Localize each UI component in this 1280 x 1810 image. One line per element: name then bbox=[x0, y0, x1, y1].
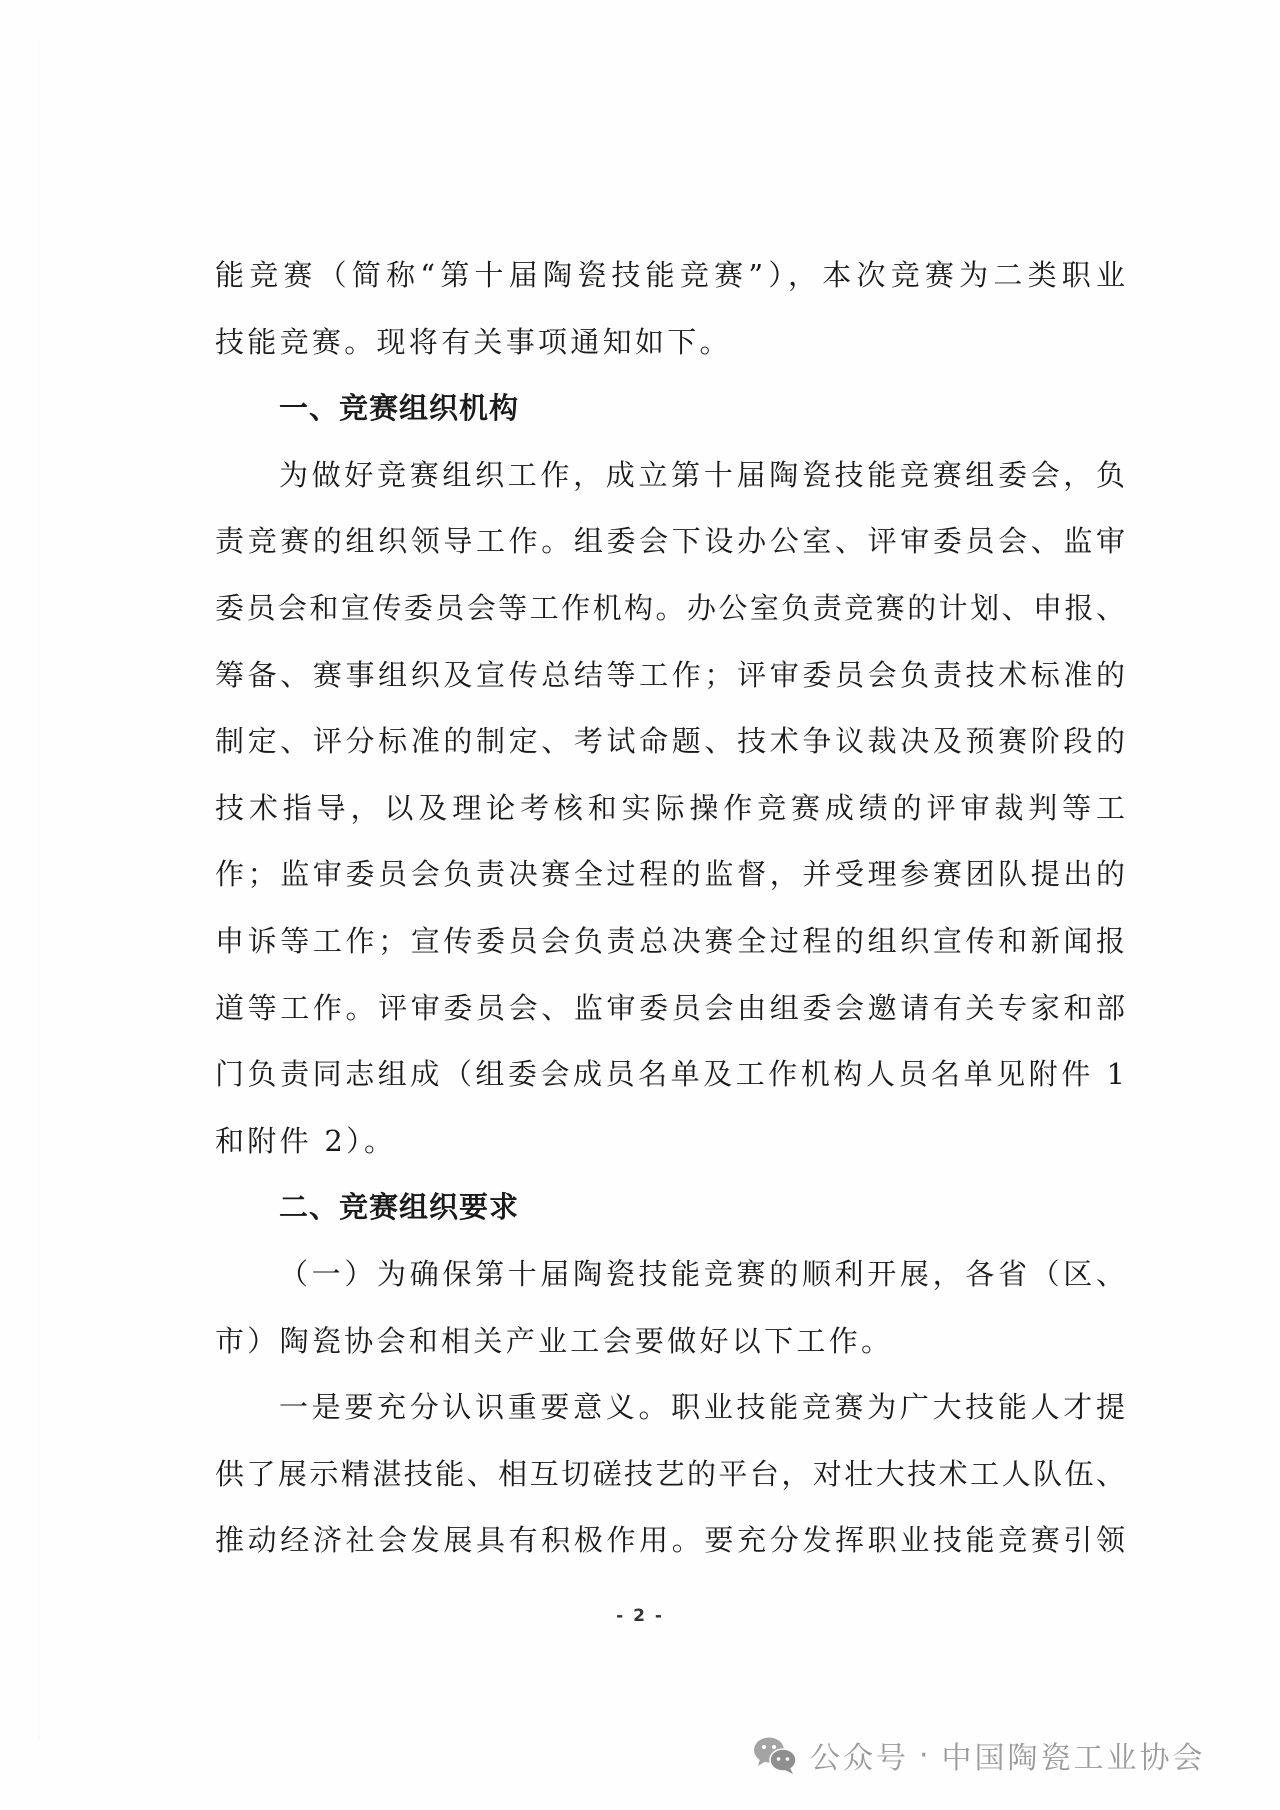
body-line: 委员会和宣传委员会等工作机构。办公室负责竞赛的计划、申报、 bbox=[215, 583, 1125, 650]
body-line: 能竞赛（简称“第十届陶瓷技能竞赛”），本次竞赛为二类职业 bbox=[215, 250, 1125, 317]
body-line: 申诉等工作；宣传委员会负责总决赛全过程的组织宣传和新闻报 bbox=[215, 916, 1125, 983]
page-edge bbox=[38, 40, 40, 1740]
body-line: 道等工作。评审委员会、监审委员会由组委会邀请有关专家和部 bbox=[215, 983, 1125, 1050]
body-line: 和附件 2）。 bbox=[215, 1116, 1125, 1183]
body-line: 制定、评分标准的制定、考试命题、技术争议裁决及预赛阶段的 bbox=[215, 716, 1125, 783]
document-page: 能竞赛（简称“第十届陶瓷技能竞赛”），本次竞赛为二类职业 技能竞赛。现将有关事项… bbox=[0, 0, 1280, 1810]
body-line: 技能竞赛。现将有关事项通知如下。 bbox=[215, 317, 1125, 384]
body-line: 推动经济社会发展具有积极作用。要充分发挥职业技能竞赛引领 bbox=[215, 1515, 1125, 1582]
document-body: 能竞赛（简称“第十届陶瓷技能竞赛”），本次竞赛为二类职业 技能竞赛。现将有关事项… bbox=[215, 250, 1125, 1582]
section-heading: 一、竞赛组织机构 bbox=[215, 383, 1125, 450]
body-line: 市）陶瓷协会和相关产业工会要做好以下工作。 bbox=[215, 1316, 1125, 1383]
body-line: （一）为确保第十届陶瓷技能竞赛的顺利开展，各省（区、 bbox=[215, 1249, 1125, 1316]
body-line: 技术指导，以及理论考核和实际操作竞赛成绩的评审裁判等工 bbox=[215, 783, 1125, 850]
watermark: 公众号 · 中国陶瓷工业协会 bbox=[752, 1733, 1206, 1777]
body-line: 筹备、赛事组织及宣传总结等工作；评审委员会负责技术标准的 bbox=[215, 650, 1125, 717]
body-line: 作；监审委员会负责决赛全过程的监督，并受理参赛团队提出的 bbox=[215, 849, 1125, 916]
page-number: - 2 - bbox=[0, 1606, 1280, 1626]
section-heading: 二、竞赛组织要求 bbox=[215, 1182, 1125, 1249]
watermark-prefix: 公众号 bbox=[810, 1733, 909, 1777]
body-line: 一是要充分认识重要意义。职业技能竞赛为广大技能人才提 bbox=[215, 1382, 1125, 1449]
watermark-separator: · bbox=[919, 1738, 932, 1773]
body-line: 责竞赛的组织领导工作。组委会下设办公室、评审委员会、监审 bbox=[215, 516, 1125, 583]
body-line: 门负责同志组成（组委会成员名单及工作机构人员名单见附件 1 bbox=[215, 1049, 1125, 1116]
wechat-icon bbox=[752, 1735, 798, 1775]
watermark-account-name: 中国陶瓷工业协会 bbox=[942, 1733, 1206, 1777]
body-line: 供了展示精湛技能、相互切磋技艺的平台，对壮大技术工人队伍、 bbox=[215, 1449, 1125, 1516]
body-line: 为做好竞赛组织工作，成立第十届陶瓷技能竞赛组委会，负 bbox=[215, 450, 1125, 517]
